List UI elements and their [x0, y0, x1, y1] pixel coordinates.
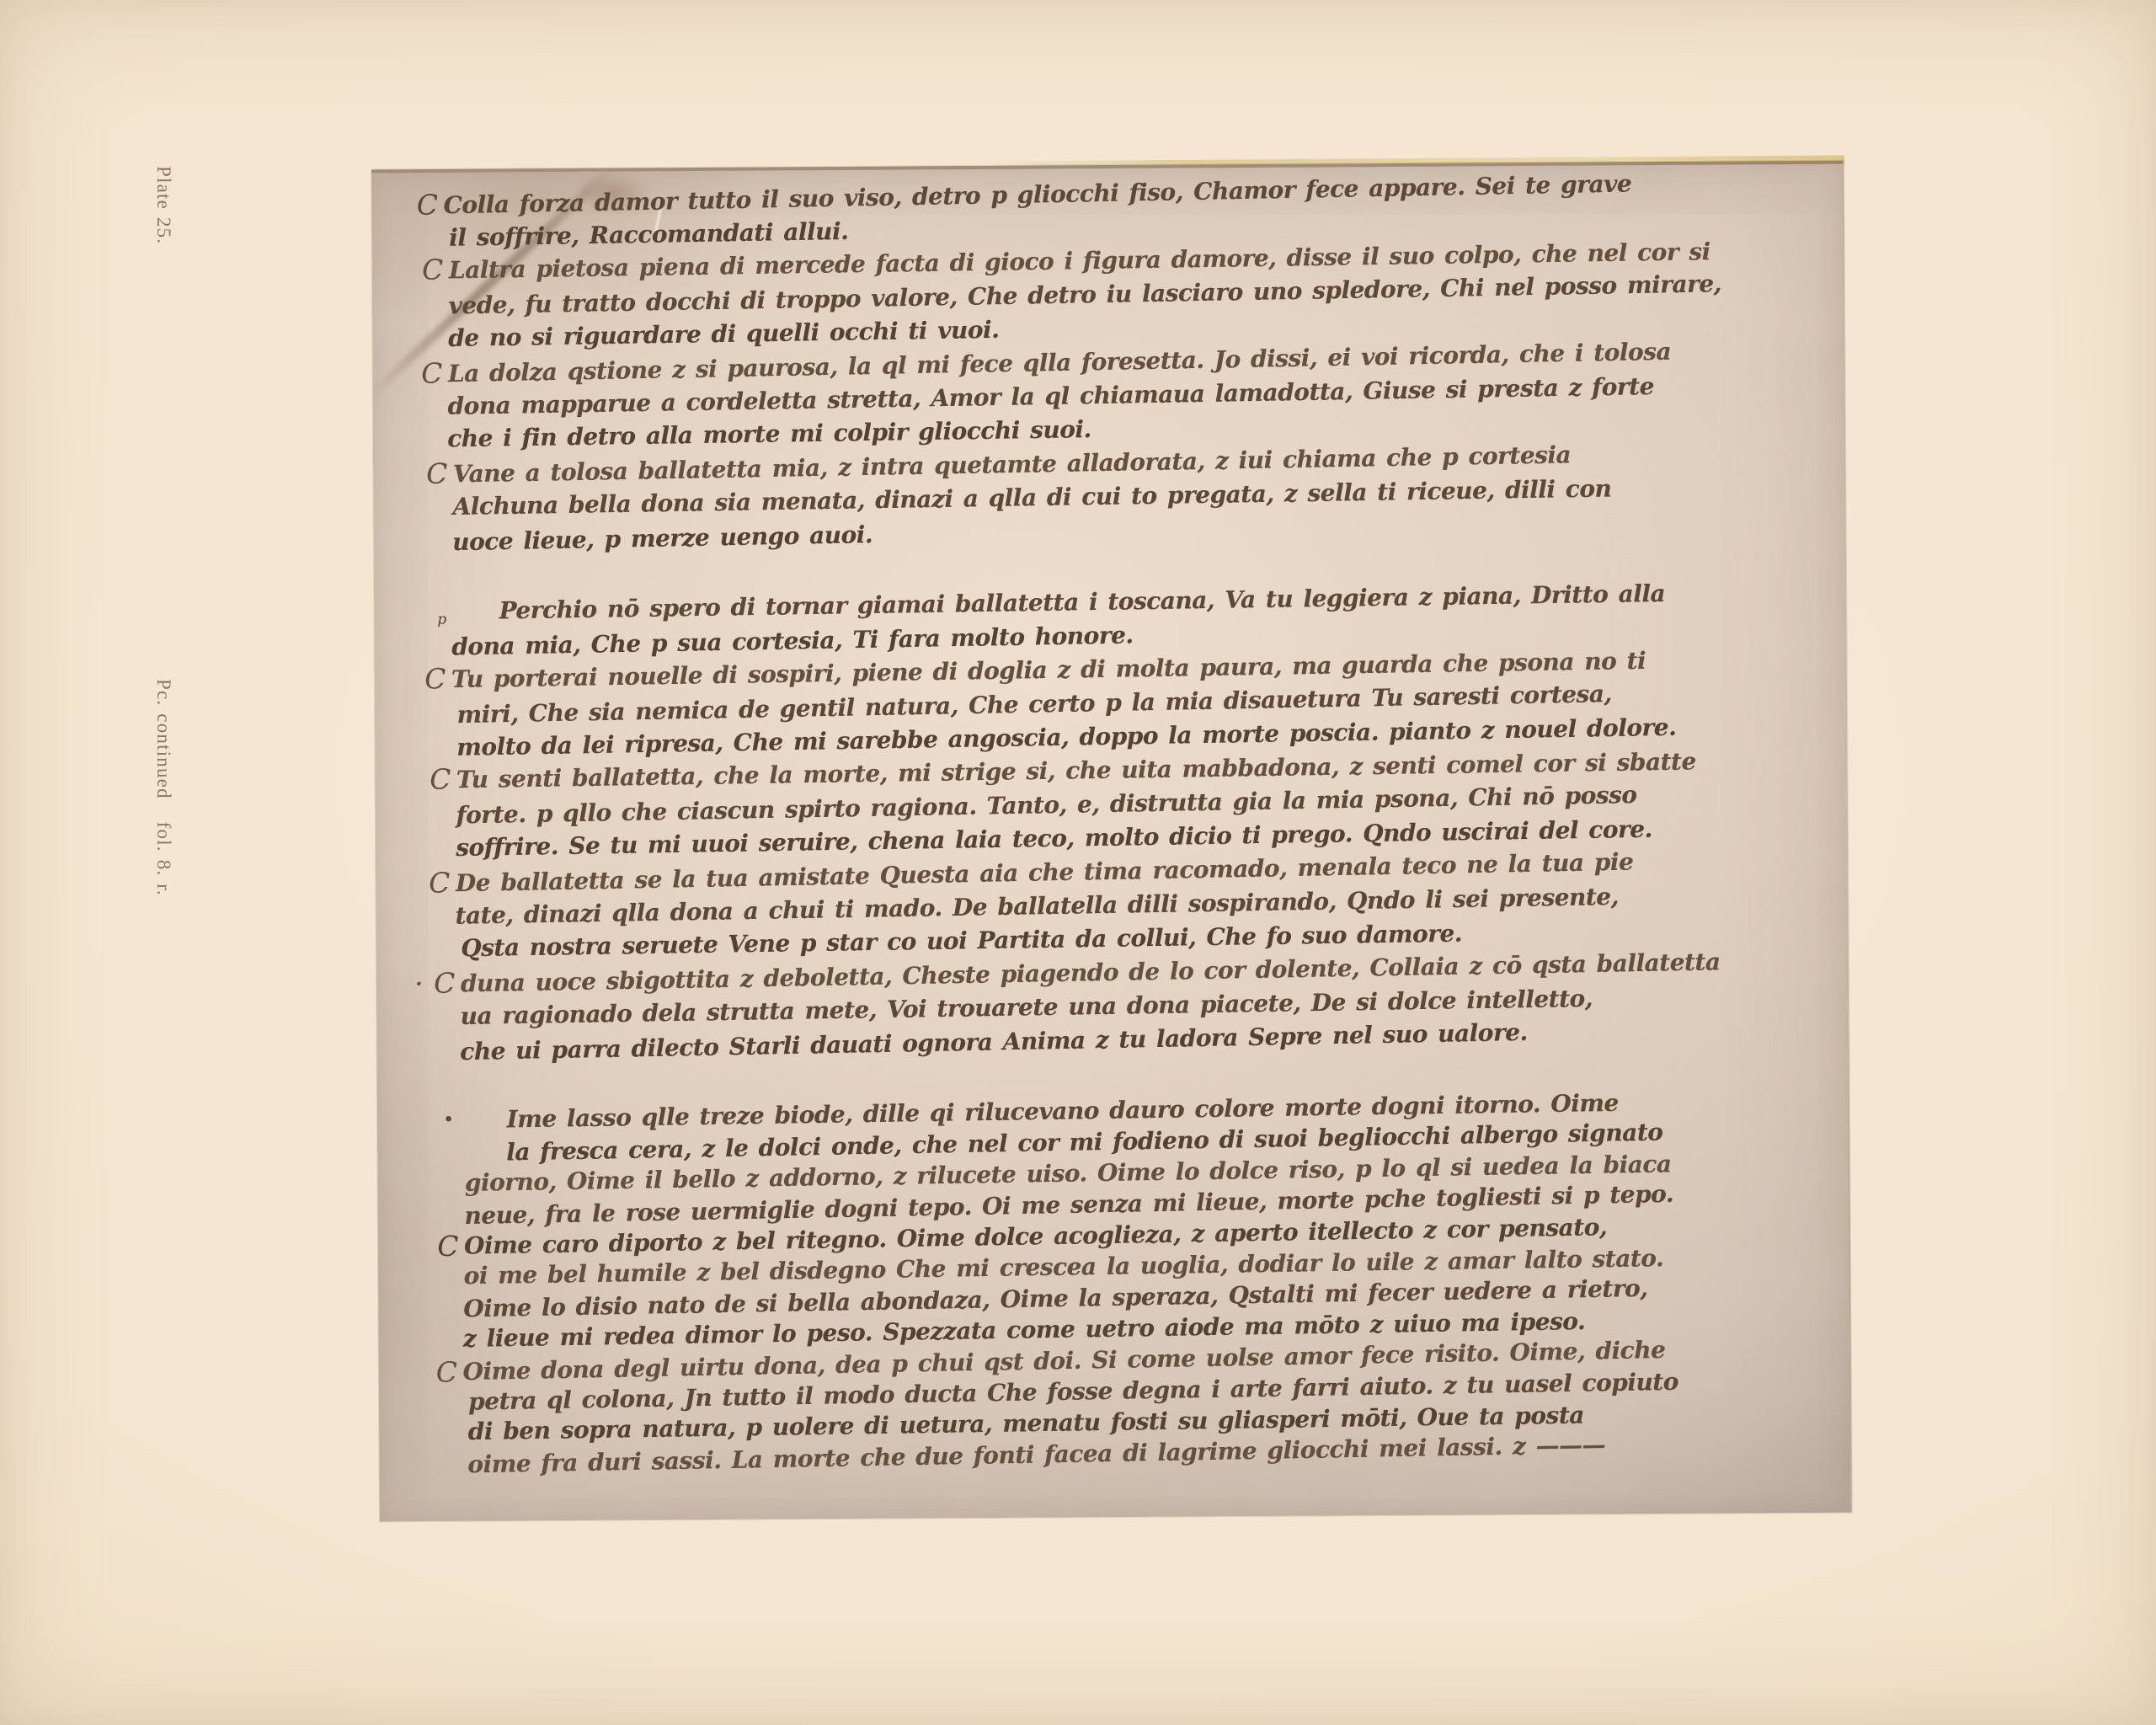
paragraph-mark: C — [424, 663, 446, 695]
manuscript-text: CColla forza damor tutto il suo viso, de… — [446, 164, 1852, 1479]
book-page: { "book_page": { "plate_caption": "Plate… — [0, 0, 2156, 1725]
paragraph-mark: C — [426, 458, 447, 490]
paragraph-mark: p — [437, 602, 446, 636]
paragraph-mark: C — [430, 763, 451, 795]
paragraph-mark: C — [437, 1231, 458, 1263]
manuscript-line-text: che i fin detro alla morte mi colpir gli… — [447, 415, 1091, 452]
paragraph-mark: C — [435, 1356, 456, 1388]
manuscript-line-text: il soffrire, Raccomandati allui. — [449, 217, 849, 252]
paragraph-mark: C — [429, 867, 450, 899]
paragraph-mark: • — [443, 1104, 454, 1135]
paragraph-mark: C — [422, 254, 443, 286]
plate-number-caption: Plate 25. — [152, 166, 174, 244]
paragraph-mark: C — [416, 189, 437, 221]
manuscript-line-text: de no si riguardare di quelli occhi ti v… — [448, 316, 1000, 352]
manuscript-line-text: uoce lieue, p merze uengo auoi. — [452, 521, 873, 556]
paragraph-mark: · C — [414, 967, 455, 1000]
manuscript-photograph: CColla forza damor tutto il suo viso, de… — [371, 161, 1852, 1522]
paragraph-mark: C — [421, 357, 442, 389]
folio-reference-caption: Pc. continued fol. 8. r. — [152, 679, 174, 896]
